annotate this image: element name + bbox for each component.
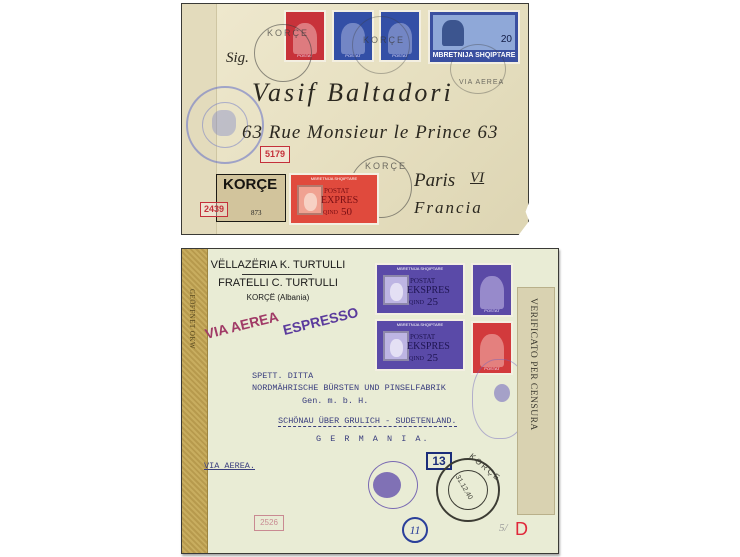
portrait-frame <box>383 331 409 361</box>
stamp-value: 25 <box>427 296 438 308</box>
stamp-unit: QIND <box>323 210 338 216</box>
via-aerea-handstamp: VIA AEREA <box>203 308 280 342</box>
stamp-value: 25 <box>427 352 438 364</box>
eagle-icon <box>373 472 401 498</box>
portrait-image <box>390 283 403 301</box>
envelope-germania: GEÖFFNET OKW VËLLAZËRIA K. TURTULLI FRAT… <box>181 248 559 554</box>
red-letter-mark: D <box>515 519 528 540</box>
postmark-text: KORÇE <box>267 28 309 38</box>
postmark-korce: KORÇE <box>352 16 410 74</box>
coat-of-arms-icon <box>494 384 510 402</box>
portrait-image <box>304 193 317 211</box>
stamp-text: EKSPRES <box>407 341 450 352</box>
coat-of-arms-icon <box>212 110 236 136</box>
portrait-frame <box>297 185 323 215</box>
address-line: SPETT. DITTA <box>252 371 313 381</box>
postmark-text: VIA AEREA <box>459 79 504 86</box>
address-country: Francia <box>414 198 483 218</box>
tape-text: VERIFICATO PER CENSURA <box>528 298 538 431</box>
portrait-image <box>390 339 403 357</box>
stamp-caption: MBRETNIJA SHQIPTARE <box>377 266 463 271</box>
postmark-text: KORÇE <box>363 35 405 45</box>
stamp-caption: MBRETNIJA SHQIPTARE <box>377 322 463 327</box>
stamp-express-25: MBRETNIJA SHQIPTARE POSTAT EKSPRES QIND … <box>375 319 465 371</box>
registration-city: KORÇE <box>223 176 277 193</box>
pilot-figure <box>442 20 464 46</box>
espresso-handstamp: ESPRESSO <box>281 304 360 338</box>
censor-tape-left: GEÖFFNET OKW <box>182 249 208 553</box>
postmark-via-aerea: VIA AEREA <box>450 44 506 94</box>
censor-tape-right: VERIFICATO PER CENSURA <box>517 287 555 515</box>
letterhead-line3: KORÇË (Albania) <box>210 293 346 302</box>
stamp-caption: POSTAT <box>473 308 511 313</box>
envelope-paris: POSTAT POSTAT POSTAT 20 MBRETNIJA SHQIPT… <box>181 3 529 235</box>
stamp-violet-portrait: POSTAT <box>471 263 513 317</box>
stamp-text: EKSPRES <box>407 285 450 296</box>
address-line: Gen. m. b. H. <box>302 396 368 406</box>
stamp-text: EXPRES <box>321 195 358 206</box>
letterhead-line1: VËLLAZËRIA K. TURTULLI <box>210 259 346 271</box>
postmark-korce: KORÇE <box>254 24 312 82</box>
routing-text: VIA AEREA. <box>204 461 255 471</box>
stamp-value: 20 <box>501 34 512 45</box>
stamp-caption: MBRETNIJA SHQIPTARE <box>291 176 377 181</box>
censor-number-pink: 2526 <box>254 515 284 531</box>
address-street: 63 Rue Monsieur le Prince 63 <box>242 122 498 144</box>
address-salutation: Sig. <box>226 50 249 67</box>
circled-number: 11 <box>402 517 428 543</box>
address-line: G E R M A N I A. <box>316 434 430 444</box>
tape-text: GEÖFFNET OKW <box>188 289 196 349</box>
stamp-text: POSTAT <box>410 333 435 341</box>
violet-censor-seal <box>368 461 418 509</box>
stamp-text: POSTAT <box>324 187 349 195</box>
portrait-frame <box>383 275 409 305</box>
letterhead-line2: FRATELLI C. TURTULLI <box>210 277 346 289</box>
address-line: SCHÖNAU ÜBER GRULICH - SUDETENLAND. <box>278 416 457 427</box>
postmark-text: KORÇE <box>365 161 407 171</box>
divider <box>242 274 312 275</box>
pencil-mark: 5/ <box>499 522 508 534</box>
portrait-image <box>480 276 504 309</box>
stamp-unit: QIND <box>409 356 424 362</box>
postmark-korce: KORÇE 31.12.40 <box>436 458 500 522</box>
registration-number: 873 <box>251 209 262 217</box>
address-line: NORDMÄHRISCHE BÜRSTEN UND PINSELFABRIK <box>252 383 446 393</box>
stamp-value: 50 <box>341 206 352 218</box>
address-name: Vasif Baltadori <box>252 78 454 108</box>
address-district: VI <box>470 170 484 187</box>
stamp-unit: QIND <box>409 300 424 306</box>
censor-number: 2439 <box>200 202 228 217</box>
stamp-express-50: MBRETNIJA SHQIPTARE POSTAT EXPRES QIND 5… <box>289 173 379 225</box>
stamp-express-25: MBRETNIJA SHQIPTARE POSTAT EKSPRES QIND … <box>375 263 465 315</box>
censor-number: 5179 <box>260 146 290 163</box>
stamp-text: POSTAT <box>410 277 435 285</box>
address-city: Paris <box>414 170 455 192</box>
